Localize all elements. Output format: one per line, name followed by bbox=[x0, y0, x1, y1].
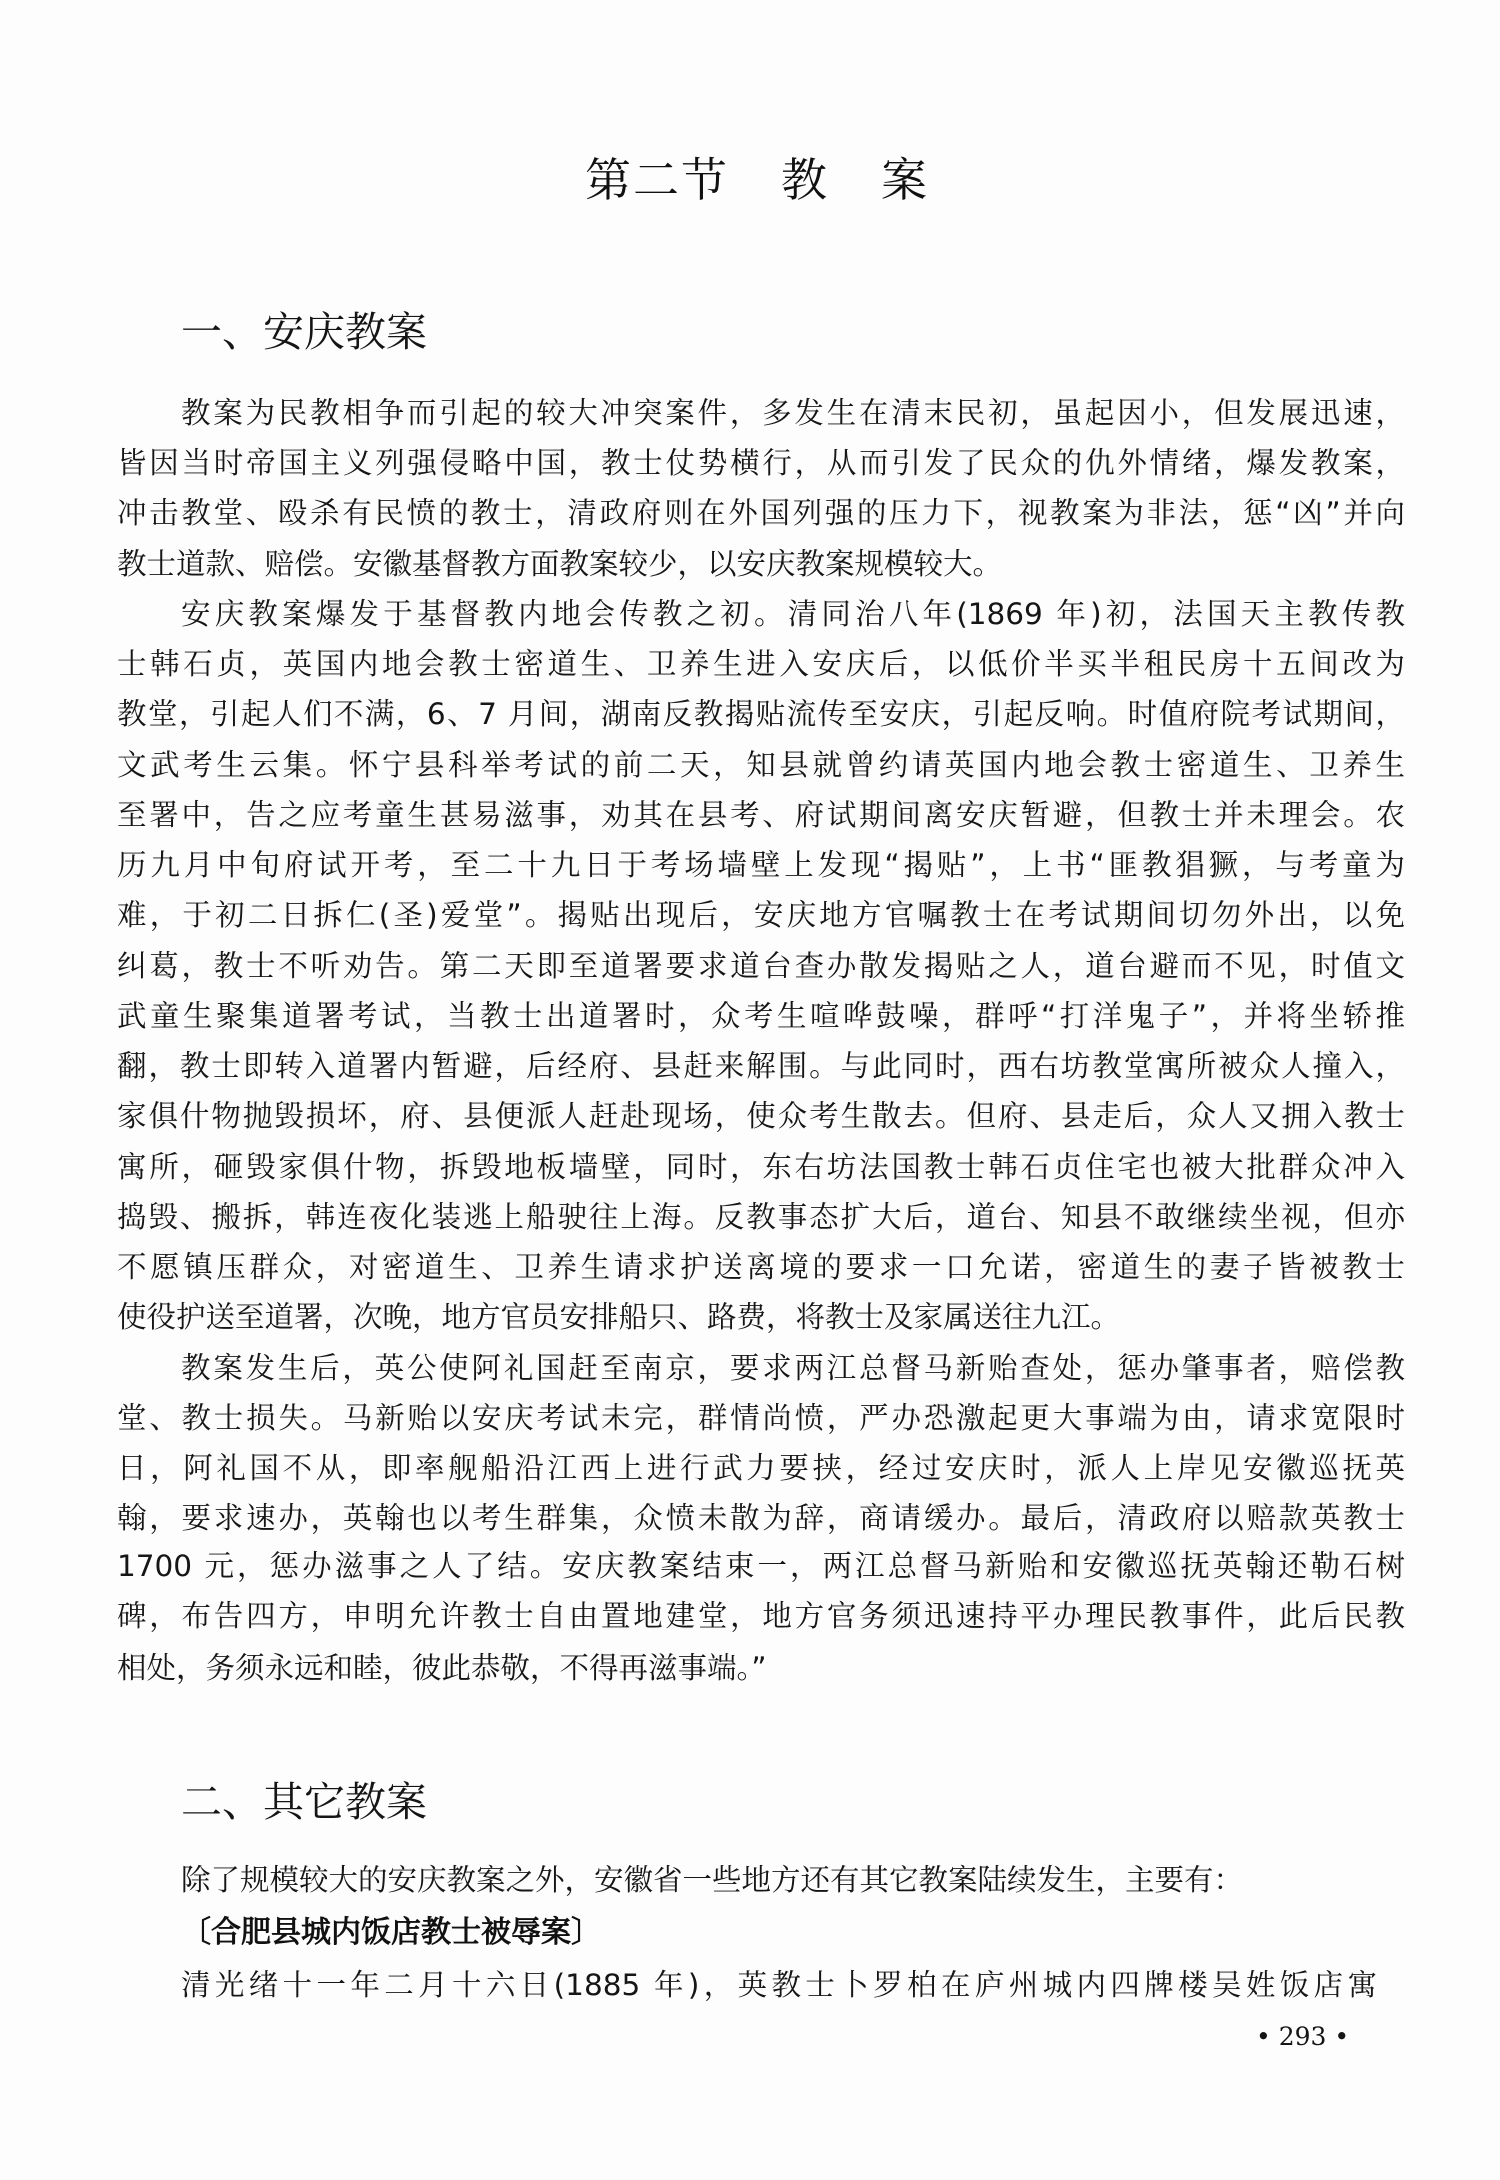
text-line: 相处，务须永远和睦，彼此恭敬，不得再滋事端。” bbox=[117, 1643, 1405, 1693]
text-line: 翻，教士即转入道署内暂避，后经府、县赶来解围。与此同时，西右坊教堂寓所被众人撞入… bbox=[117, 1041, 1405, 1091]
text-line: 历九月中旬府试开考，至二十九日于考场墙壁上发现“揭贴”，上书“匪教猖獗，与考童为 bbox=[117, 840, 1405, 890]
text-line: 安庆教案爆发于基督教内地会传教之初。清同治八年(1869 年)初，法国天主教传教 bbox=[181, 589, 1405, 639]
text-line: 家俱什物抛毁损坏，府、县便派人赶赴现场，使众考生散去。但府、县走后，众人又拥入教… bbox=[117, 1091, 1405, 1141]
text-line: 皆因当时帝国主义列强侵略中国，教士仗势横行，从而引发了民众的仇外情绪，爆发教案， bbox=[117, 438, 1405, 488]
text-line: 碑，布告四方，申明允许教士自由置地建堂，地方官务须迅速持平办理民教事件，此后民教 bbox=[117, 1591, 1405, 1641]
section-title-number: 第二节 bbox=[585, 152, 729, 208]
text-line: 纠葛，教士不听劝告。第二天即至道署要求道台查办散发揭贴之人，道台避而不见，时值文 bbox=[117, 941, 1405, 991]
text-line: 日，阿礼国不从，即率舰船沿江西上进行武力要挟，经过安庆时，派人上岸见安徽巡抚英 bbox=[117, 1443, 1405, 1493]
section-title-word-2: 案 bbox=[881, 152, 927, 208]
section-title-word-1: 教 bbox=[781, 152, 827, 208]
text-line: 翰，要求速办，英翰也以考生群集，众愤未散为辞，商请缓办。最后，清政府以赔款英教士 bbox=[117, 1493, 1405, 1543]
text-line: 士韩石贞，英国内地会教士密道生、卫养生进入安庆后，以低价半买半租民房十五间改为 bbox=[117, 639, 1405, 689]
subsection-heading-other: 二、其它教案 bbox=[181, 1777, 427, 1827]
subsection-heading-anqing: 一、安庆教案 bbox=[181, 307, 427, 357]
text-line: 教士道款、赔偿。安徽基督教方面教案较少，以安庆教案规模较大。 bbox=[117, 539, 1405, 589]
text-line: 教堂，引起人们不满，6、7 月间，湖南反教揭贴流传至安庆，引起反响。时值府院考试… bbox=[117, 689, 1405, 739]
page-number: • 293 • bbox=[1256, 2021, 1349, 2053]
intro-line: 除了规模较大的安庆教案之外，安徽省一些地方还有其它教案陆续发生，主要有： bbox=[181, 1855, 1377, 1905]
text-line: 难，于初二日拆仁(圣)爱堂”。揭贴出现后，安庆地方官嘱教士在考试期间切勿外出，以… bbox=[117, 890, 1405, 940]
text-line: 武童生聚集道署考试，当教士出道署时，众考生喧哗鼓噪，群呼“打洋鬼子”，并将坐轿推 bbox=[117, 991, 1405, 1041]
text-line: 教案发生后，英公使阿礼国赶至南京，要求两江总督马新贻查处，惩办肇事者，赔偿教 bbox=[181, 1343, 1405, 1393]
text-line: 捣毁、搬拆，韩连夜化装逃上船驶往上海。反教事态扩大后，道台、知县不敢继续坐视，但… bbox=[117, 1192, 1405, 1242]
text-line: 至署中，告之应考童生甚易滋事，劝其在县考、府试期间离安庆暂避，但教士并未理会。农 bbox=[117, 790, 1405, 840]
text-line: 寓所，砸毁家俱什物，拆毁地板墙壁，同时，东右坊法国教士韩石贞住宅也被大批群众冲入 bbox=[117, 1142, 1405, 1192]
case-subheading: 〔合肥县城内饭店教士被辱案〕 bbox=[181, 1908, 601, 1958]
text-line: 1700 元，惩办滋事之人了结。安庆教案结束一，两江总督马新贻和安徽巡抚英翰还勒… bbox=[117, 1541, 1405, 1591]
text-line: 堂、教士损失。马新贻以安庆考试未完，群情尚愤，严办恐激起更大事端为由，请求宽限时 bbox=[117, 1393, 1405, 1443]
text-line: 不愿镇压群众，对密道生、卫养生请求护送离境的要求一口允诺，密道生的妻子皆被教士 bbox=[117, 1242, 1405, 1292]
text-line: 冲击教堂、殴杀有民愤的教士，清政府则在外国列强的压力下，视教案为非法，惩“凶”并… bbox=[117, 488, 1405, 538]
text-line: 教案为民教相争而引起的较大冲突案件，多发生在清末民初，虽起因小，但发展迅速， bbox=[181, 388, 1405, 438]
text-line: 使役护送至道署，次晚，地方官员安排船只、路费，将教士及家属送往九江。 bbox=[117, 1292, 1405, 1342]
text-line: 清光绪十一年二月十六日(1885 年)，英教士卜罗柏在庐州城内四牌楼吴姓饭店寓 bbox=[181, 1960, 1377, 2010]
text-line: 文武考生云集。怀宁县科举考试的前二天，知县就曾约请英国内地会教士密道生、卫养生 bbox=[117, 740, 1405, 790]
section-title: 第二节教案 bbox=[585, 152, 927, 208]
book-page: 第二节教案 一、安庆教案 教案为民教相争而引起的较大冲突案件，多发生在清末民初，… bbox=[0, 0, 1500, 2180]
